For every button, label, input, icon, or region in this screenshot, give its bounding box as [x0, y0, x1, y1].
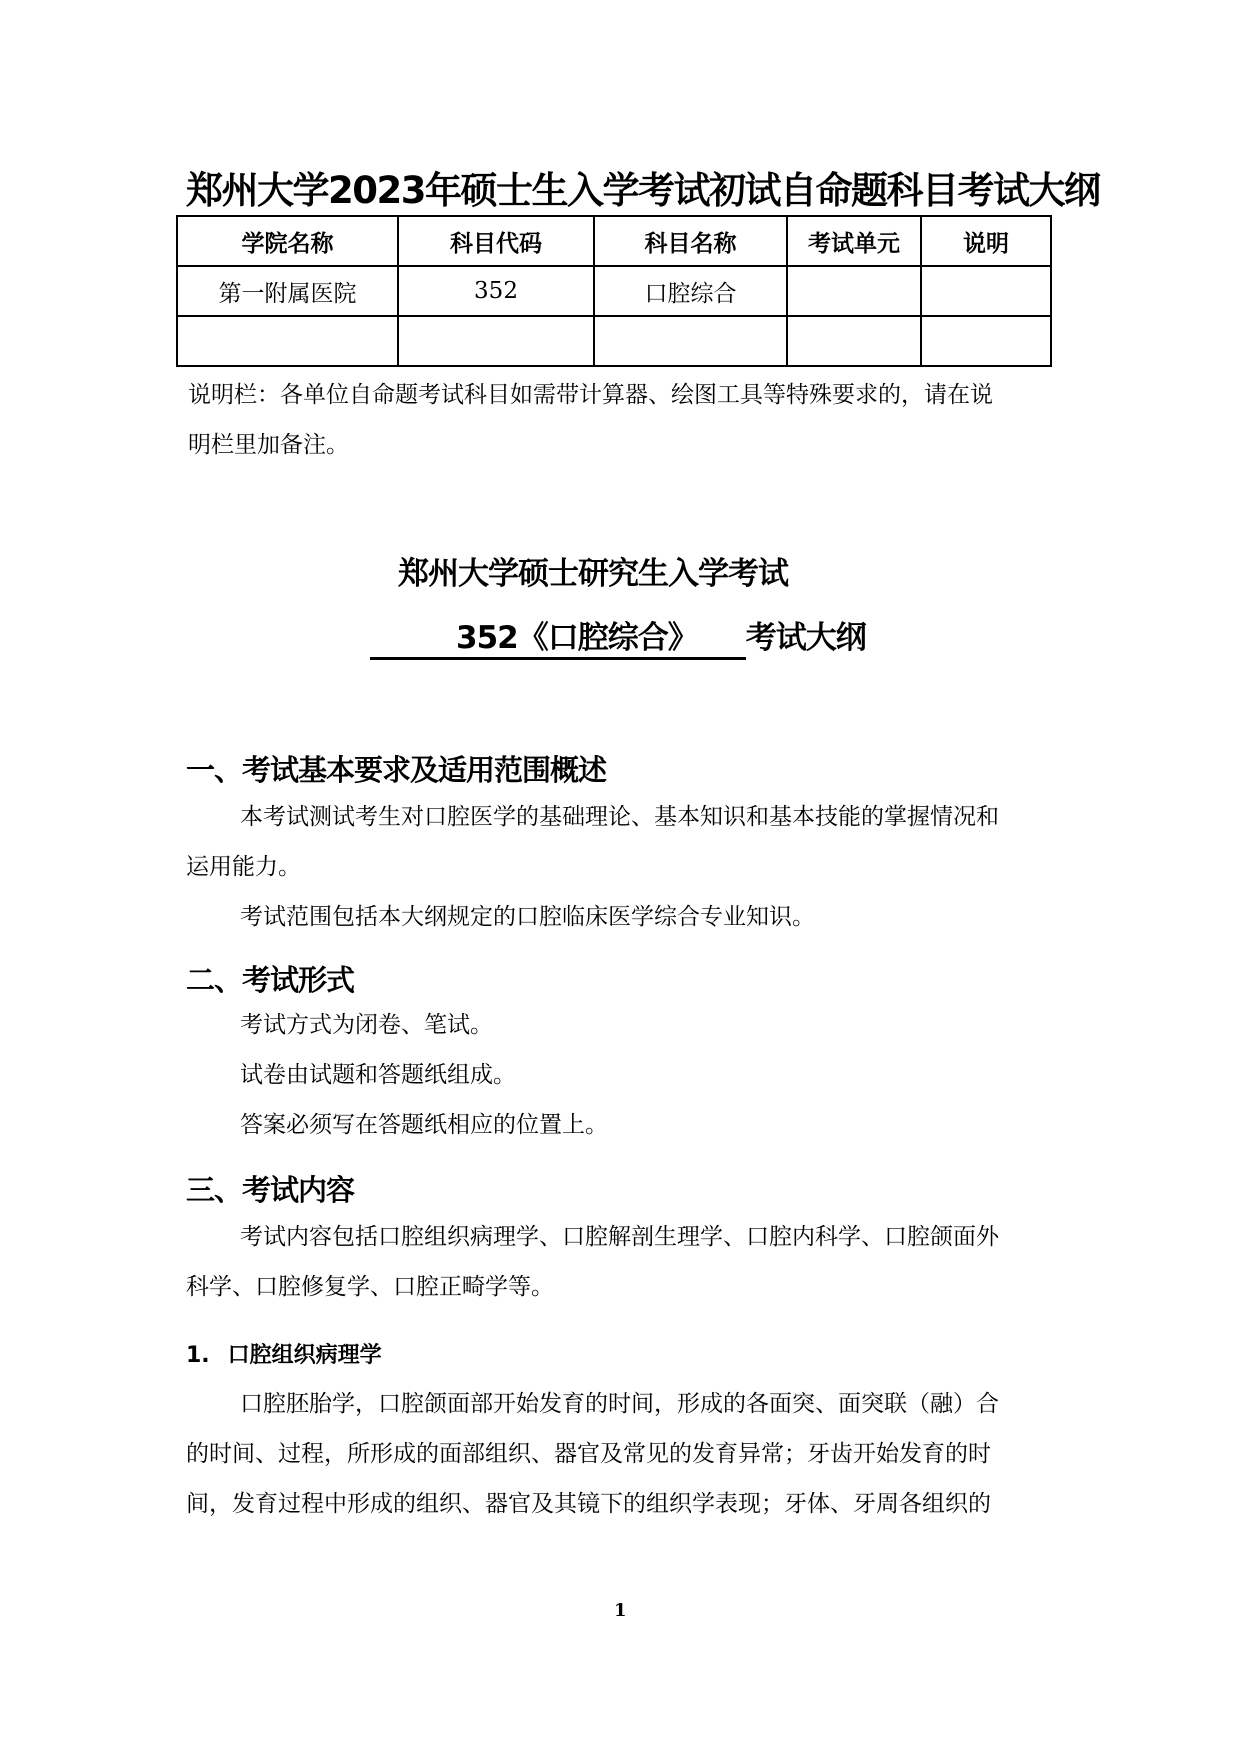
table-cell-code: [398, 316, 594, 366]
column-header: 科目名称: [594, 216, 787, 266]
column-header: 学院名称: [177, 216, 398, 266]
section-heading-3: 三、考试内容: [186, 1168, 354, 1209]
subject-info-table: 学院名称 科目代码 科目名称 考试单元 说明 第一附属医院 352 口腔综合: [176, 215, 1052, 367]
paragraph: 间，发育过程中形成的组织、器官及其镜下的组织学表现；牙体、牙周各组织的: [186, 1493, 991, 1516]
paragraph: 运用能力。: [186, 856, 301, 879]
paragraph: 试卷由试题和答题纸组成。: [240, 1064, 516, 1087]
table-cell-unit: [787, 316, 921, 366]
table-cell-code: 352: [398, 266, 594, 316]
table-cell-note: [921, 316, 1051, 366]
subsection-heading: 1.口腔组织病理学: [186, 1338, 382, 1369]
paragraph: 科学、口腔修复学、口腔正畸学等。: [186, 1276, 554, 1299]
note-line-1: 说明栏：各单位自命题考试科目如需带计算器、绘图工具等特殊要求的，请在说: [188, 384, 993, 407]
table-cell-note: [921, 266, 1051, 316]
subject-name: 352《口腔综合》: [370, 612, 746, 660]
column-header: 科目代码: [398, 216, 594, 266]
table-cell-subject: [594, 316, 787, 366]
paragraph: 答案必须写在答题纸相应的位置上。: [240, 1114, 608, 1137]
subtitle-suffix: 考试大纲: [746, 620, 866, 656]
table-cell-unit: [787, 266, 921, 316]
table-cell-college: 第一附属医院: [177, 266, 398, 316]
paragraph: 考试内容包括口腔组织病理学、口腔解剖生理学、口腔内科学、口腔颌面外: [240, 1226, 999, 1249]
subsection-number: 1.: [186, 1343, 210, 1368]
table-header-row: 学院名称 科目代码 科目名称 考试单元 说明: [177, 216, 1051, 266]
paragraph: 考试方式为闭卷、笔试。: [240, 1014, 493, 1037]
section-heading-2: 二、考试形式: [186, 958, 354, 999]
column-header: 考试单元: [787, 216, 921, 266]
note-line-2: 明栏里加备注。: [188, 434, 349, 457]
syllabus-title: 郑州大学硕士研究生入学考试: [398, 548, 788, 593]
table-cell-college: [177, 316, 398, 366]
paragraph: 考试范围包括本大纲规定的口腔临床医学综合专业知识。: [240, 906, 815, 929]
syllabus-subtitle: 352《口腔综合》考试大纲: [370, 612, 866, 660]
paragraph: 本考试测试考生对口腔医学的基础理论、基本知识和基本技能的掌握情况和: [240, 806, 999, 829]
subsection-title: 口腔组织病理学: [228, 1343, 382, 1368]
section-heading-1: 一、考试基本要求及适用范围概述: [186, 748, 606, 789]
column-header: 说明: [921, 216, 1051, 266]
paragraph: 的时间、过程，所形成的面部组织、器官及常见的发育异常；牙齿开始发育的时: [186, 1443, 991, 1466]
document-title: 郑州大学2023年硕士生入学考试初试自命题科目考试大纲: [186, 160, 1099, 214]
table-row: [177, 316, 1051, 366]
page-number: 1: [614, 1600, 627, 1621]
table-cell-subject: 口腔综合: [594, 266, 787, 316]
paragraph: 口腔胚胎学，口腔颌面部开始发育的时间，形成的各面突、面突联（融）合: [240, 1393, 999, 1416]
table-row: 第一附属医院 352 口腔综合: [177, 266, 1051, 316]
